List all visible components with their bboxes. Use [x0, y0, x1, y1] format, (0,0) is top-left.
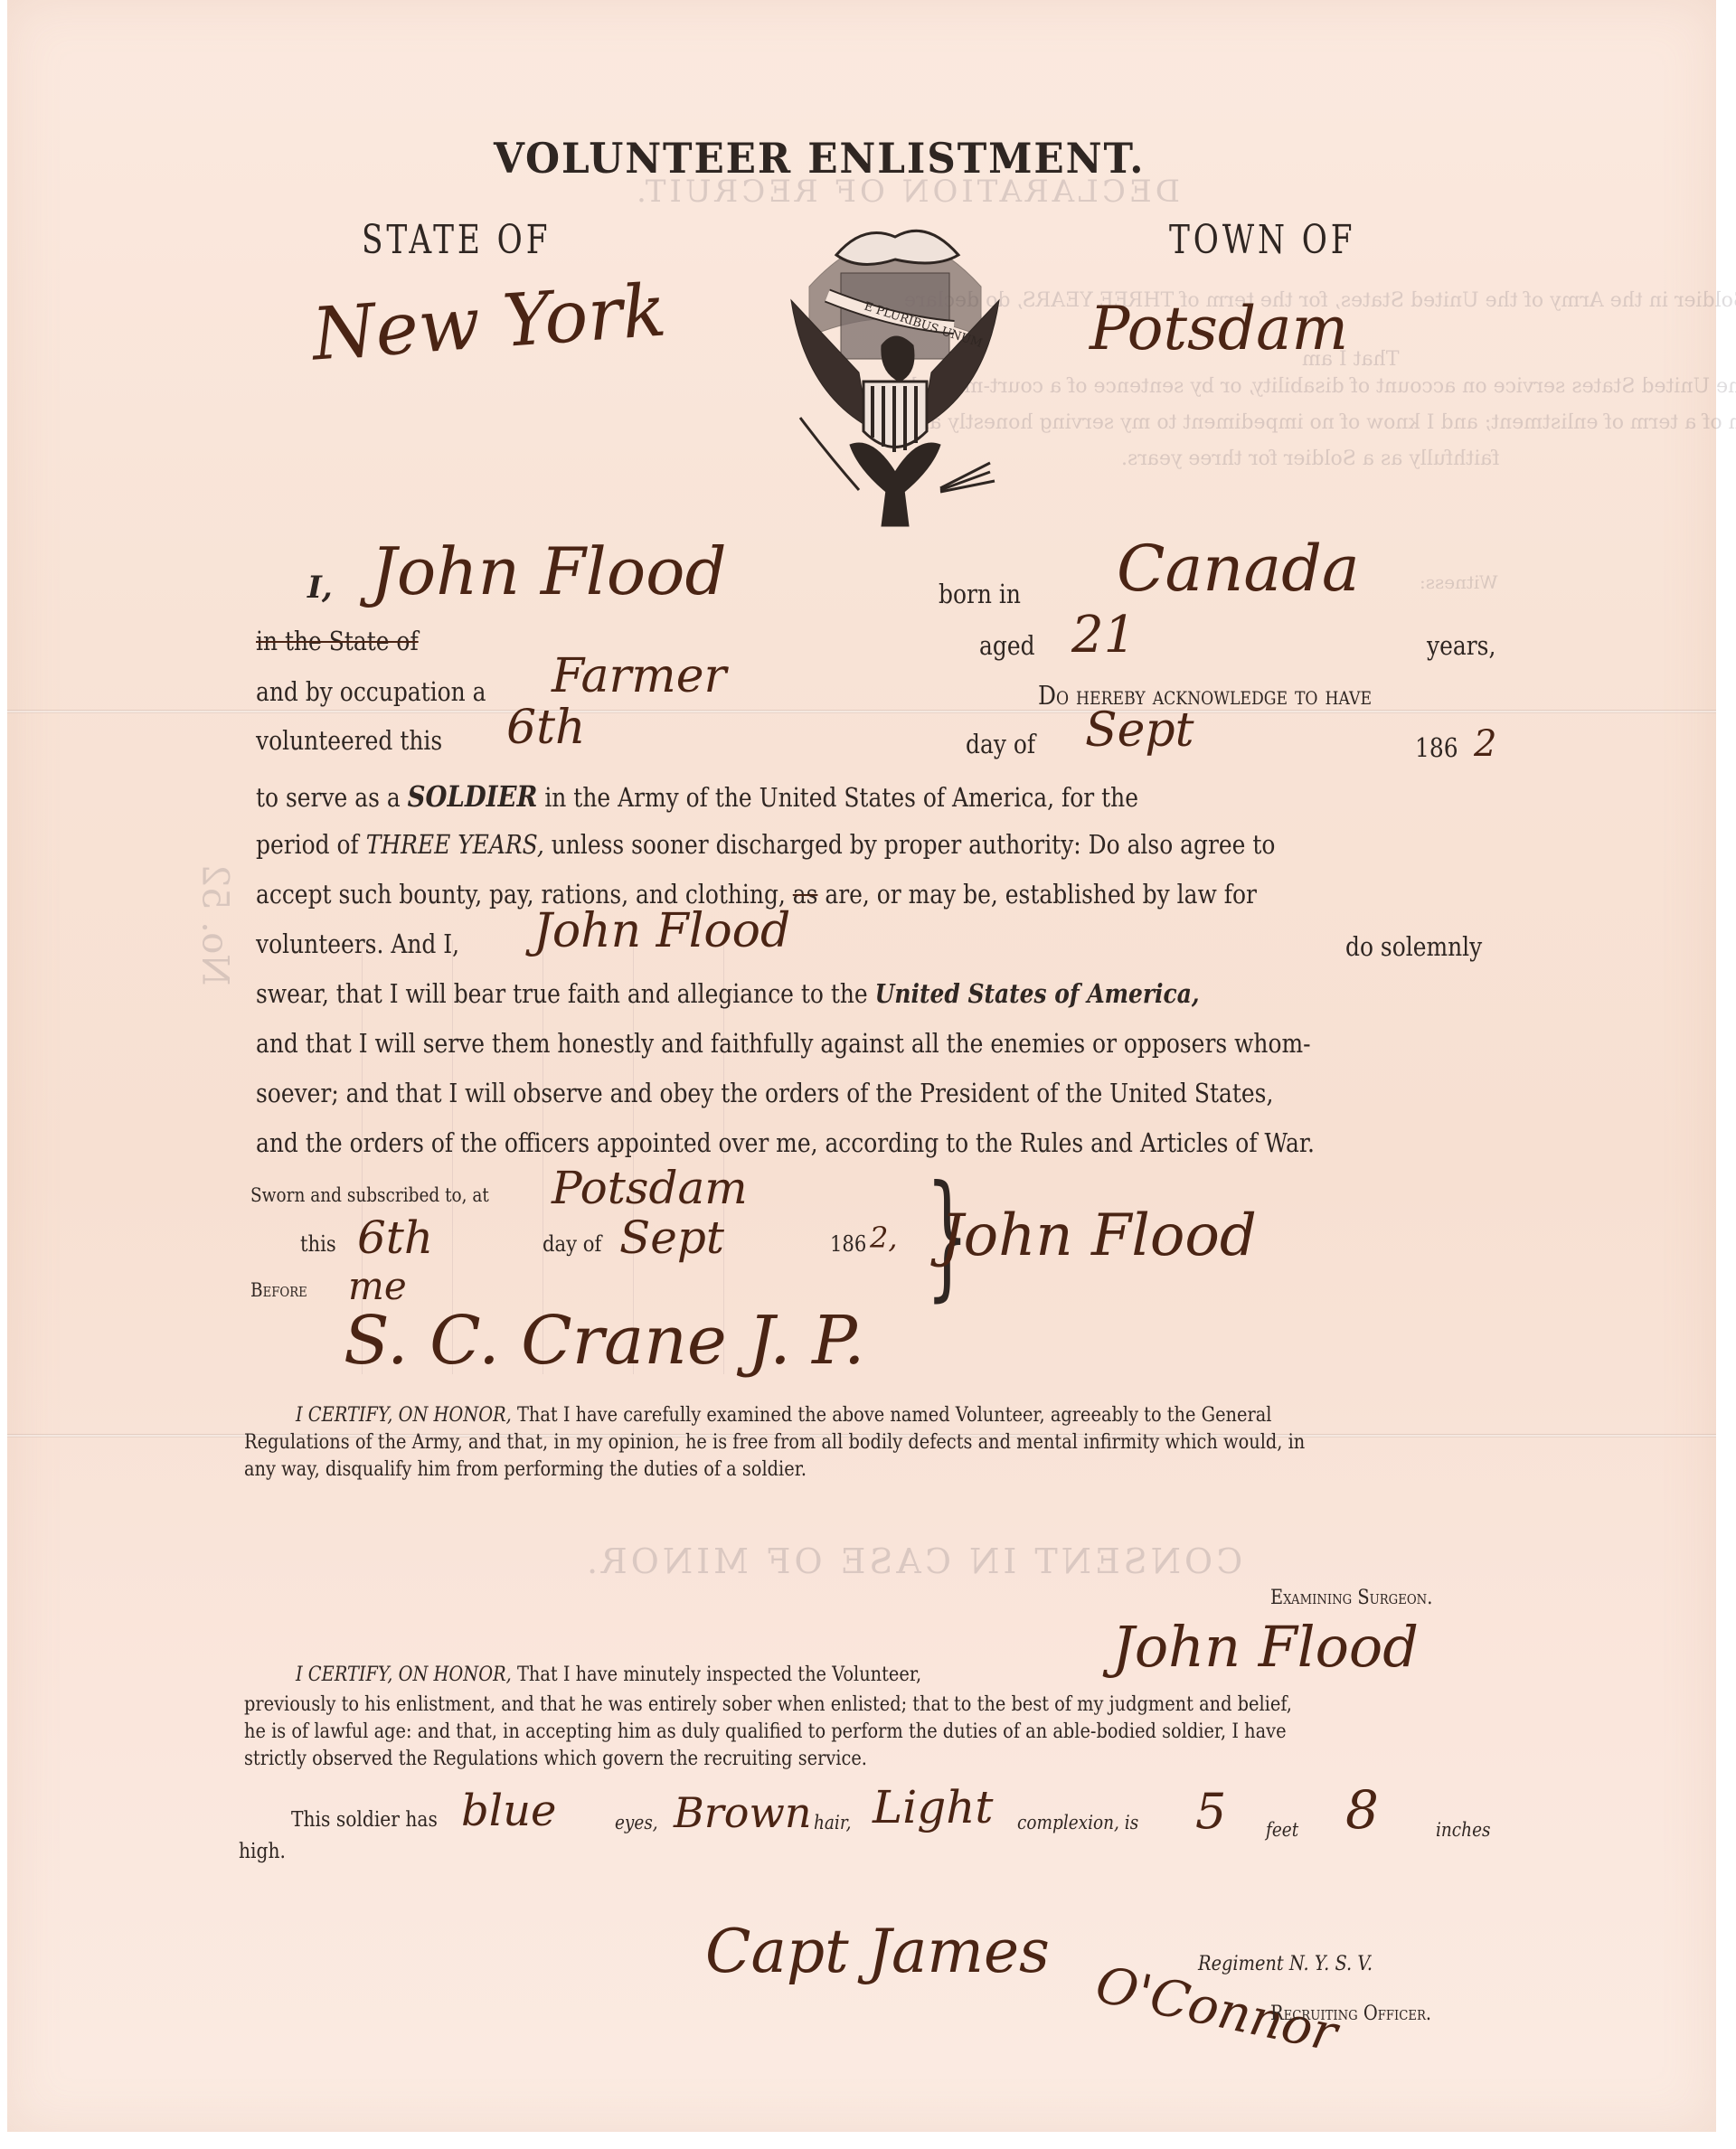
solemnly-label: do solemnly — [1345, 931, 1482, 962]
eyes-value: blue — [461, 1786, 556, 1836]
officer-cert-line3: he is of lawful age: and that, in accept… — [244, 1720, 1287, 1743]
officer-cert-line4: strictly observed the Regulations which … — [244, 1748, 867, 1770]
officer-cert-line2: previously to his enlistment, and that h… — [244, 1693, 1292, 1716]
soldier-word: SOLDIER — [408, 779, 538, 814]
officer-signature-line1: Capt James — [705, 1917, 1050, 1986]
description-lead: This soldier has — [291, 1808, 438, 1832]
examining-surgeon-label: Examining Surgeon. — [1270, 1587, 1432, 1609]
day-of-label: day of — [966, 729, 1035, 759]
bleed-line: or by order, before the expiration of a … — [904, 411, 1736, 434]
serve-line: and that I will serve them honestly and … — [256, 1028, 1311, 1059]
sworn-label: Sworn and subscribed to, at — [250, 1184, 489, 1206]
state-label: STATE OF — [362, 217, 551, 263]
justice-signature: S. C. Crane J. P. — [344, 1302, 865, 1380]
three-years: THREE YEARS, — [366, 829, 544, 860]
surgeon-cert-text: That I have carefully examined the above… — [517, 1404, 1271, 1427]
surgeon-cert-line1: I CERTIFY, ON HONOR, That I have careful… — [296, 1404, 1271, 1427]
inspected-volunteer-name: John Flood — [1112, 1614, 1419, 1680]
complexion-value: Light — [873, 1781, 994, 1833]
recruit-signature: John Flood — [940, 1202, 1257, 1269]
bleed-line: faithfully as a Soldier for three years. — [1121, 448, 1499, 470]
period-line: period of THREE YEARS, unless sooner dis… — [256, 829, 1275, 860]
soldier-line-a: to serve as a — [256, 782, 401, 813]
period-line-c: unless sooner discharged by proper autho… — [552, 829, 1276, 860]
this-label: this — [300, 1231, 336, 1257]
period-line-a: period of — [256, 829, 359, 860]
officer-cert-line1: I CERTIFY, ON HONOR, That I have minutel… — [296, 1664, 921, 1686]
surgeon-cert-line3: any way, disqualify him from performing … — [244, 1458, 807, 1481]
surgeon-cert-lead: I CERTIFY, ON HONOR, — [296, 1404, 512, 1427]
sworn-day: 6th — [357, 1211, 433, 1264]
year-suffix: 2 — [1474, 723, 1496, 765]
regiment-label: Regiment N. Y. S. V. — [1198, 1953, 1373, 1975]
oath-name: John Flood — [533, 904, 790, 958]
soldier-line: to serve as a SOLDIER in the Army of the… — [256, 779, 1138, 814]
inches-value: 8 — [1345, 1779, 1379, 1841]
sworn-month: Sept — [619, 1211, 724, 1264]
sworn-year-prefix: 186 — [830, 1231, 866, 1257]
high-label: high. — [239, 1840, 286, 1863]
occupation-value: Farmer — [552, 649, 726, 703]
officer-cert-lead: I CERTIFY, ON HONOR, — [296, 1664, 512, 1686]
years-label: years, — [1427, 630, 1495, 661]
swear-line-a: swear, that I will bear true faith and a… — [256, 978, 868, 1009]
eyes-label: eyes, — [615, 1812, 658, 1833]
bleed-line: I have never been discharged from the Un… — [904, 375, 1736, 398]
feet-label: feet — [1266, 1819, 1298, 1841]
aged-label: aged — [979, 630, 1035, 661]
born-in-value: Canada — [1117, 532, 1360, 606]
sworn-day-of-label: day of — [542, 1231, 601, 1257]
soever-line: soever; and that I will observe and obey… — [256, 1078, 1273, 1108]
swear-line: swear, that I will bear true faith and a… — [256, 978, 1200, 1009]
volunteered-day: 6th — [506, 701, 585, 755]
state-of-label: in the State of — [256, 626, 419, 656]
feet-value: 5 — [1195, 1783, 1226, 1840]
united-states-of-america: United States of America, — [875, 978, 1200, 1009]
year-prefix: 186 — [1415, 732, 1458, 763]
town-value: Potsdam — [1090, 294, 1348, 363]
soldier-line-c: in the Army of the United States of Amer… — [544, 782, 1138, 813]
before-label: Before — [250, 1279, 307, 1301]
bleed-margin-number: No. 52 — [193, 864, 235, 986]
surgeon-cert-line2: Regulations of the Army, and that, in my… — [244, 1431, 1305, 1454]
recruit-name: John Flood — [371, 533, 727, 609]
town-label: TOWN OF — [1169, 217, 1355, 263]
eagle-seal-icon: E PLURIBUS UNUM — [773, 201, 1017, 535]
sworn-place: Potsdam — [552, 1162, 748, 1214]
complexion-label: complexion, is — [1017, 1812, 1138, 1833]
bleed-witness-label: Witness: — [1420, 571, 1498, 593]
volunteered-month: Sept — [1085, 703, 1194, 758]
fold-line-upper — [7, 710, 1716, 713]
officers-line: and the orders of the officers appointed… — [256, 1127, 1315, 1158]
hair-label: hair, — [814, 1812, 852, 1833]
document-title: VOLUNTEER ENLISTMENT. — [494, 134, 1145, 183]
inches-label: inches — [1436, 1819, 1490, 1841]
hair-value: Brown — [674, 1788, 812, 1837]
occupation-label: and by occupation a — [256, 676, 486, 707]
officer-cert-text: That I have minutely inspected the Volun… — [517, 1664, 921, 1686]
age-value: 21 — [1071, 606, 1136, 664]
i-label: I, — [307, 570, 333, 606]
struck-word: as — [793, 879, 818, 910]
volunteers-label: volunteers. And I, — [256, 928, 459, 959]
bounty-line-b: are, or may be, established by law for — [825, 879, 1257, 910]
born-in-label: born in — [939, 579, 1021, 609]
recruiting-officer-label: Recruiting Officer. — [1270, 2003, 1431, 2025]
volunteered-label: volunteered this — [256, 725, 442, 756]
bleed-heading-consent: CONSENT IN CASE OF MINOR. — [583, 1541, 1242, 1581]
sworn-year-suffix: 2, — [870, 1221, 898, 1255]
